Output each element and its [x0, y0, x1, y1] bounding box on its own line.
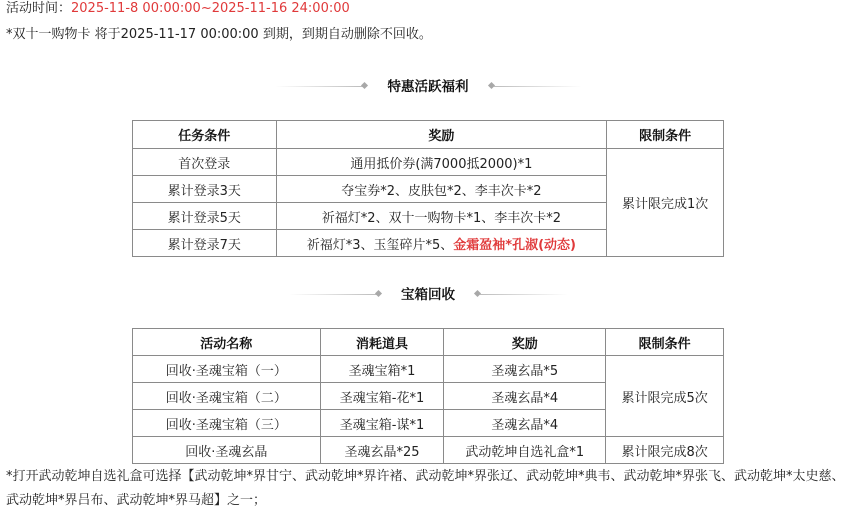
- cell-condition: 累计登录3天: [133, 176, 277, 203]
- reward-highlight: 金霜盈袖*孔淑(动态): [453, 238, 576, 253]
- header-activity-name: 活动名称: [133, 329, 321, 356]
- cell-reward: 武动乾坤自选礼盒*1: [444, 437, 606, 464]
- section-title-chest-recycle: 宝箱回收: [0, 285, 860, 305]
- cell-reward: 通用抵价券(满7000抵2000)*1: [276, 149, 607, 176]
- cell-limit: 累计限完成8次: [606, 437, 724, 464]
- header-reward: 奖励: [444, 329, 606, 356]
- header-limit: 限制条件: [606, 329, 724, 356]
- cell-reward: 圣魂玄晶*4: [444, 410, 606, 437]
- cell-cost-item: 圣魂宝箱-谋*1: [320, 410, 444, 437]
- table-row: 回收·圣魂宝箱（一） 圣魂宝箱*1 圣魂玄晶*5 累计限完成5次: [133, 356, 724, 383]
- divider-line-right: [480, 294, 568, 295]
- expiry-note: *双十一购物卡 将于2025-11-17 00:00:00 到期，到期自动删除不…: [6, 26, 432, 44]
- cell-activity-name: 回收·圣魂玄晶: [133, 437, 321, 464]
- cell-reward: 夺宝券*2、皮肤包*2、李丰次卡*2: [276, 176, 607, 203]
- reward-text: 祈福灯*3、玉玺碎片*5、: [307, 238, 454, 253]
- cell-activity-name: 回收·圣魂宝箱（二）: [133, 383, 321, 410]
- table-header-row: 活动名称 消耗道具 奖励 限制条件: [133, 329, 724, 356]
- cell-cost-item: 圣魂宝箱*1: [320, 356, 444, 383]
- activity-time: 活动时间：2025-11-8 00:00:00~2025-11-16 24:00…: [6, 0, 350, 18]
- cell-condition: 累计登录5天: [133, 203, 277, 230]
- footnote: *打开武动乾坤自选礼盒可选择【武动乾坤*界甘宁、武动乾坤*界许褚、武动乾坤*界张…: [6, 465, 854, 513]
- cell-cost-item: 圣魂宝箱-花*1: [320, 383, 444, 410]
- header-reward: 奖励: [276, 121, 607, 149]
- cell-reward: 圣魂玄晶*5: [444, 356, 606, 383]
- activity-time-value: 2025-11-8 00:00:00~2025-11-16 24:00:00: [71, 1, 350, 16]
- section-title-text: 宝箱回收: [0, 285, 856, 305]
- header-limit: 限制条件: [607, 121, 724, 149]
- activity-time-label: 活动时间：: [6, 1, 71, 16]
- cell-activity-name: 回收·圣魂宝箱（三）: [133, 410, 321, 437]
- cell-reward: 圣魂玄晶*4: [444, 383, 606, 410]
- section-title-text: 特惠活跃福利: [0, 77, 856, 97]
- chest-recycle-table: 活动名称 消耗道具 奖励 限制条件 回收·圣魂宝箱（一） 圣魂宝箱*1 圣魂玄晶…: [132, 328, 724, 464]
- cell-reward: 祈福灯*2、双十一购物卡*1、李丰次卡*2: [276, 203, 607, 230]
- divider-line-right: [494, 86, 582, 87]
- table-header-row: 任务条件 奖励 限制条件: [133, 121, 724, 149]
- header-condition: 任务条件: [133, 121, 277, 149]
- section-title-benefits: 特惠活跃福利: [0, 77, 860, 97]
- cell-limit: 累计限完成5次: [606, 356, 724, 437]
- cell-condition: 累计登录7天: [133, 230, 277, 257]
- cell-cost-item: 圣魂玄晶*25: [320, 437, 444, 464]
- benefits-table: 任务条件 奖励 限制条件 首次登录 通用抵价券(满7000抵2000)*1 累计…: [132, 120, 724, 257]
- cell-reward: 祈福灯*3、玉玺碎片*5、金霜盈袖*孔淑(动态): [276, 230, 607, 257]
- header-cost-item: 消耗道具: [320, 329, 444, 356]
- table-row: 首次登录 通用抵价券(满7000抵2000)*1 累计限完成1次: [133, 149, 724, 176]
- cell-activity-name: 回收·圣魂宝箱（一）: [133, 356, 321, 383]
- cell-limit: 累计限完成1次: [607, 149, 724, 257]
- cell-condition: 首次登录: [133, 149, 277, 176]
- table-row: 回收·圣魂玄晶 圣魂玄晶*25 武动乾坤自选礼盒*1 累计限完成8次: [133, 437, 724, 464]
